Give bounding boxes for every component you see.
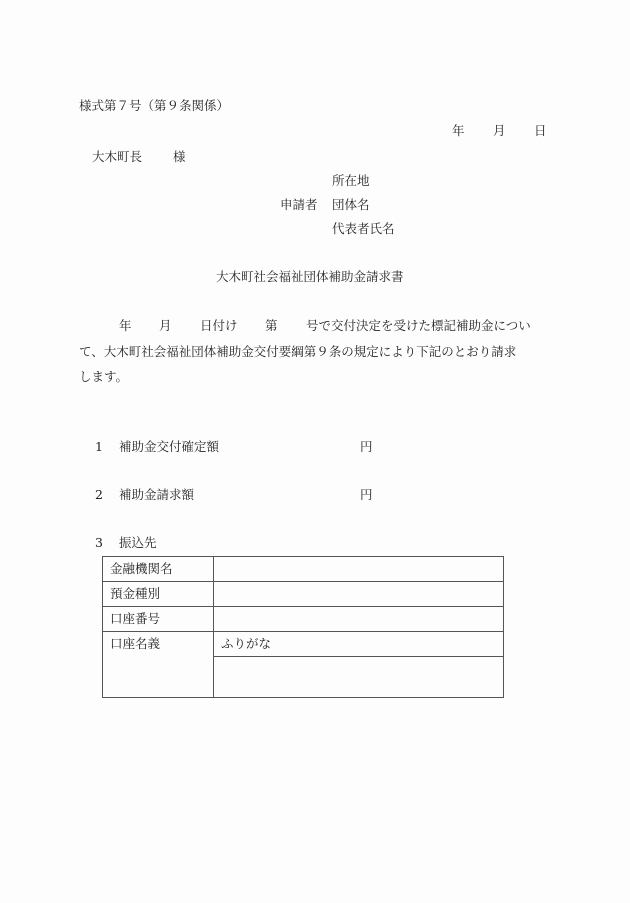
deposit-type-field[interactable] — [214, 582, 504, 607]
item-label: 補助金交付確定額 — [119, 441, 219, 454]
body-number-prefix: 第 — [265, 320, 278, 333]
date-month-label: 月 — [493, 125, 506, 138]
account-number-field[interactable] — [214, 607, 504, 632]
body-line1-rest: 号で交付決定を受けた標記補助金につい — [306, 320, 531, 333]
form-number: 様式第７号（第９条関係） — [79, 100, 229, 113]
table-row: 口座名義 ふりがな — [103, 632, 504, 657]
item-number: 1 — [95, 441, 103, 454]
body-month: 月 — [159, 320, 172, 333]
body-date-suffix: 日付け — [200, 320, 238, 333]
bank-name-label: 金融機関名 — [103, 557, 214, 582]
item-number: 2 — [95, 489, 103, 502]
account-number-label: 口座番号 — [103, 607, 214, 632]
item-unit: 円 — [360, 441, 373, 454]
account-holder-furigana-field[interactable]: ふりがな — [214, 632, 504, 657]
item-label: 振込先 — [119, 537, 157, 550]
bank-name-field[interactable] — [214, 557, 504, 582]
table-row: 口座番号 — [103, 607, 504, 632]
document-title: 大木町社会福祉団体補助金請求書 — [216, 271, 404, 284]
table-row: 預金種別 — [103, 582, 504, 607]
body-year: 年 — [119, 320, 132, 333]
body-line2: て、大木町社会福祉団体補助金交付要綱第９条の規定により下記のとおり請求 — [79, 346, 516, 359]
applicant-address-label: 所在地 — [332, 175, 370, 188]
applicant-group-name-label: 団体名 — [332, 199, 370, 212]
account-holder-name-field[interactable] — [214, 657, 504, 698]
body-line3: します。 — [79, 371, 128, 384]
account-holder-label: 口座名義 — [103, 632, 214, 698]
addressee-honorific: 様 — [173, 151, 186, 164]
date-day-label: 日 — [534, 125, 547, 138]
deposit-type-label: 預金種別 — [103, 582, 214, 607]
bank-transfer-table: 金融機関名 預金種別 口座番号 口座名義 ふりがな — [102, 556, 504, 698]
date-year-label: 年 — [452, 125, 465, 138]
item-number: 3 — [95, 537, 103, 550]
item-unit: 円 — [360, 489, 373, 502]
item-label: 補助金請求額 — [119, 489, 194, 502]
applicant-label: 申請者 — [280, 199, 318, 212]
table-row: 金融機関名 — [103, 557, 504, 582]
addressee-name: 大木町長 — [92, 151, 142, 164]
applicant-representative-label: 代表者氏名 — [332, 223, 395, 236]
